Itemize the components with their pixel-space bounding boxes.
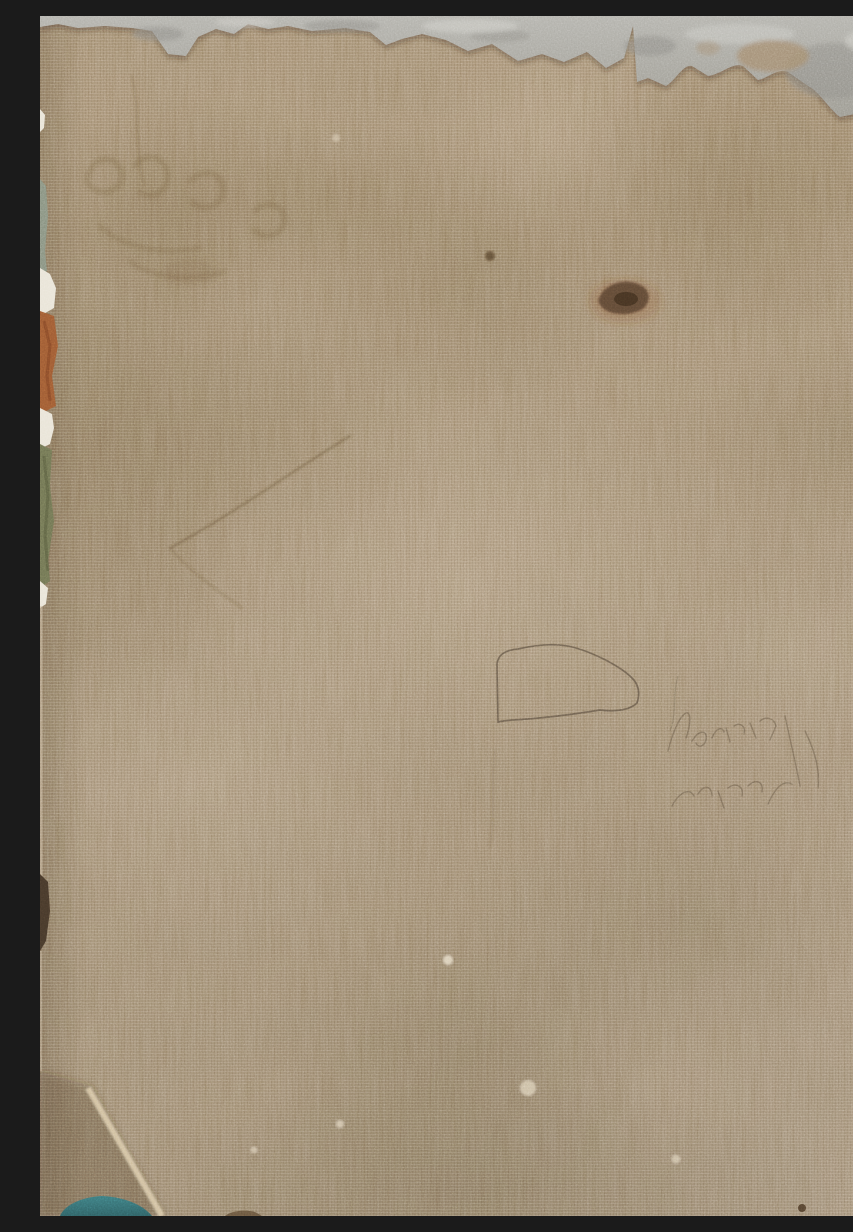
vignette-shading (40, 16, 853, 1216)
canvas-verso-photograph (40, 16, 853, 1216)
